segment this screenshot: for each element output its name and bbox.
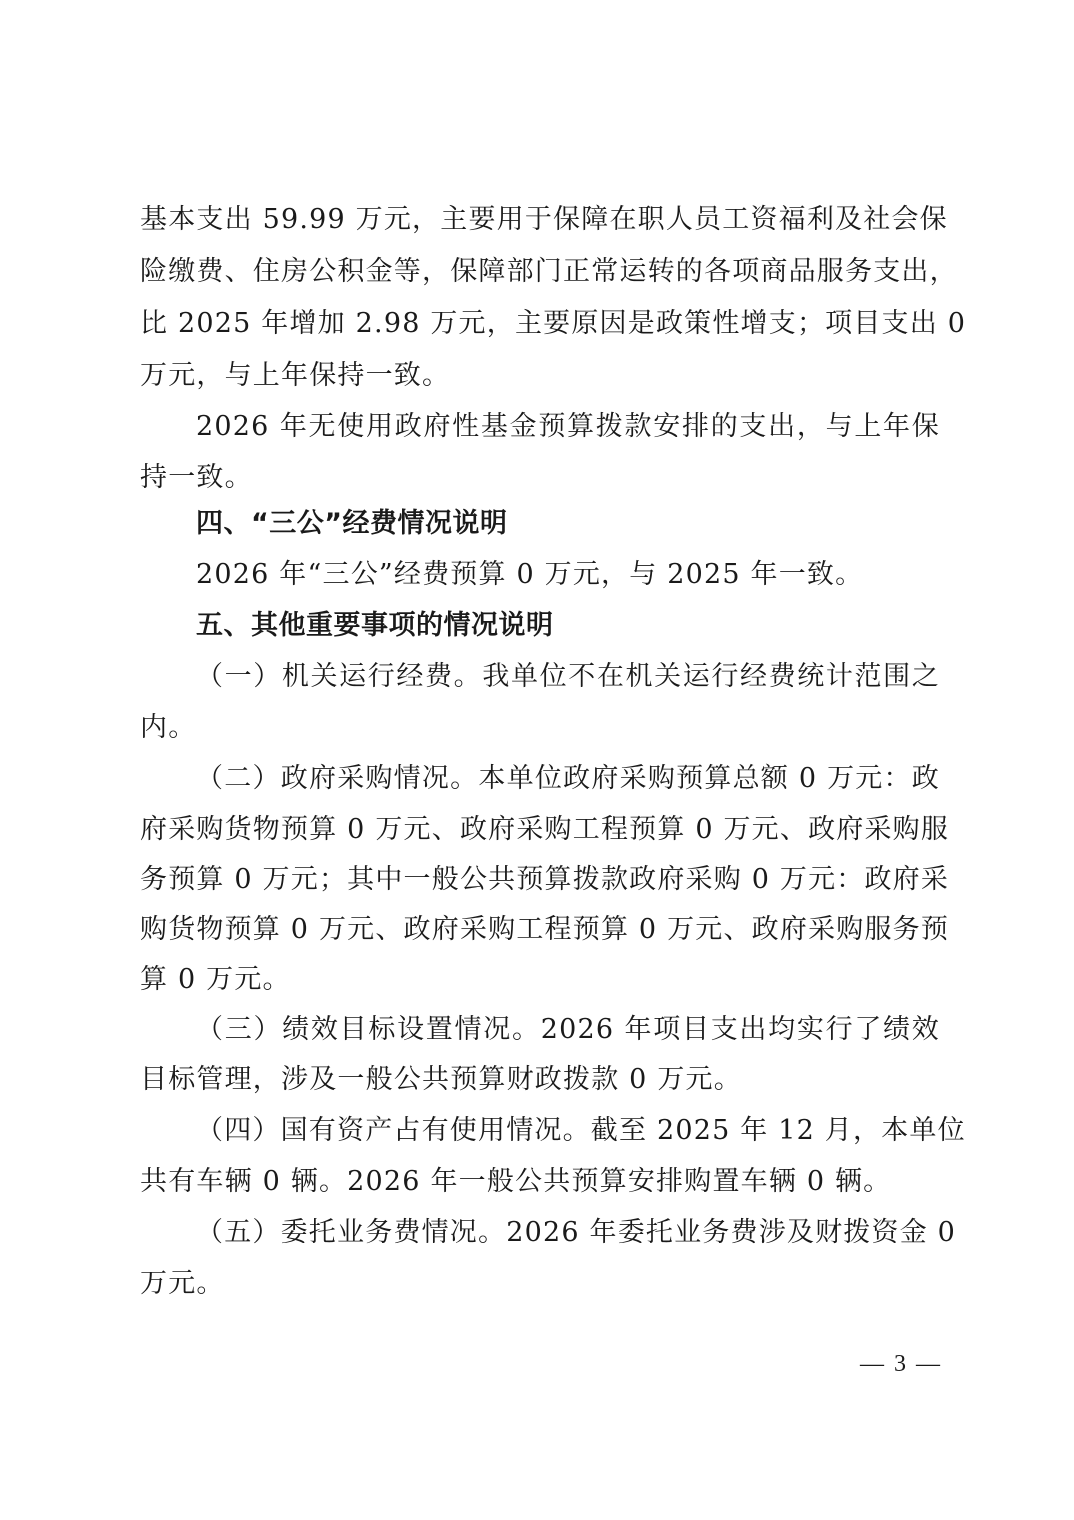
document-page: 基本支出 59.99 万元，主要用于保障在职人员工资福利及社会保 险缴费、住房公…: [0, 0, 1074, 1520]
paragraph-line: 2026 年无使用政府性基金预算拨款安排的支出，与上年保: [196, 410, 940, 444]
paragraph-line: 万元，与上年保持一致。: [140, 359, 940, 393]
paragraph-line: 持一致。: [140, 461, 940, 495]
paragraph-line: （二）政府采购情况。本单位政府采购预算总额 0 万元：政: [196, 762, 940, 796]
paragraph-line: 算 0 万元。: [140, 963, 940, 997]
paragraph-line: （五）委托业务费情况。2026 年委托业务费涉及财拨资金 0: [196, 1216, 940, 1250]
paragraph-line: （三）绩效目标设置情况。2026 年项目支出均实行了绩效: [196, 1013, 940, 1047]
section-heading-five: 五、其他重要事项的情况说明: [196, 609, 940, 643]
paragraph-line: 比 2025 年增加 2.98 万元，主要原因是政策性增支；项目支出 0: [140, 307, 940, 341]
paragraph-line: 购货物预算 0 万元、政府采购工程预算 0 万元、政府采购服务预: [140, 913, 940, 947]
paragraph-line: 基本支出 59.99 万元，主要用于保障在职人员工资福利及社会保: [140, 203, 940, 237]
paragraph-line: 险缴费、住房公积金等，保障部门正常运转的各项商品服务支出，: [140, 255, 940, 289]
paragraph-line: 2026 年“三公”经费预算 0 万元，与 2025 年一致。: [196, 558, 940, 592]
paragraph-line: 目标管理，涉及一般公共预算财政拨款 0 万元。: [140, 1063, 940, 1097]
paragraph-line: 万元。: [140, 1267, 940, 1301]
paragraph-line: （四）国有资产占有使用情况。截至 2025 年 12 月，本单位: [196, 1114, 940, 1148]
page-number: — 3 —: [860, 1349, 942, 1379]
paragraph-line: 务预算 0 万元；其中一般公共预算拨款政府采购 0 万元：政府采: [140, 863, 940, 897]
paragraph-line: 共有车辆 0 辆。2026 年一般公共预算安排购置车辆 0 辆。: [140, 1165, 940, 1199]
paragraph-line: 内。: [140, 711, 940, 745]
section-heading-four: 四、“三公”经费情况说明: [196, 507, 940, 541]
paragraph-line: （一）机关运行经费。我单位不在机关运行经费统计范围之: [196, 660, 940, 694]
paragraph-line: 府采购货物预算 0 万元、政府采购工程预算 0 万元、政府采购服: [140, 813, 940, 847]
